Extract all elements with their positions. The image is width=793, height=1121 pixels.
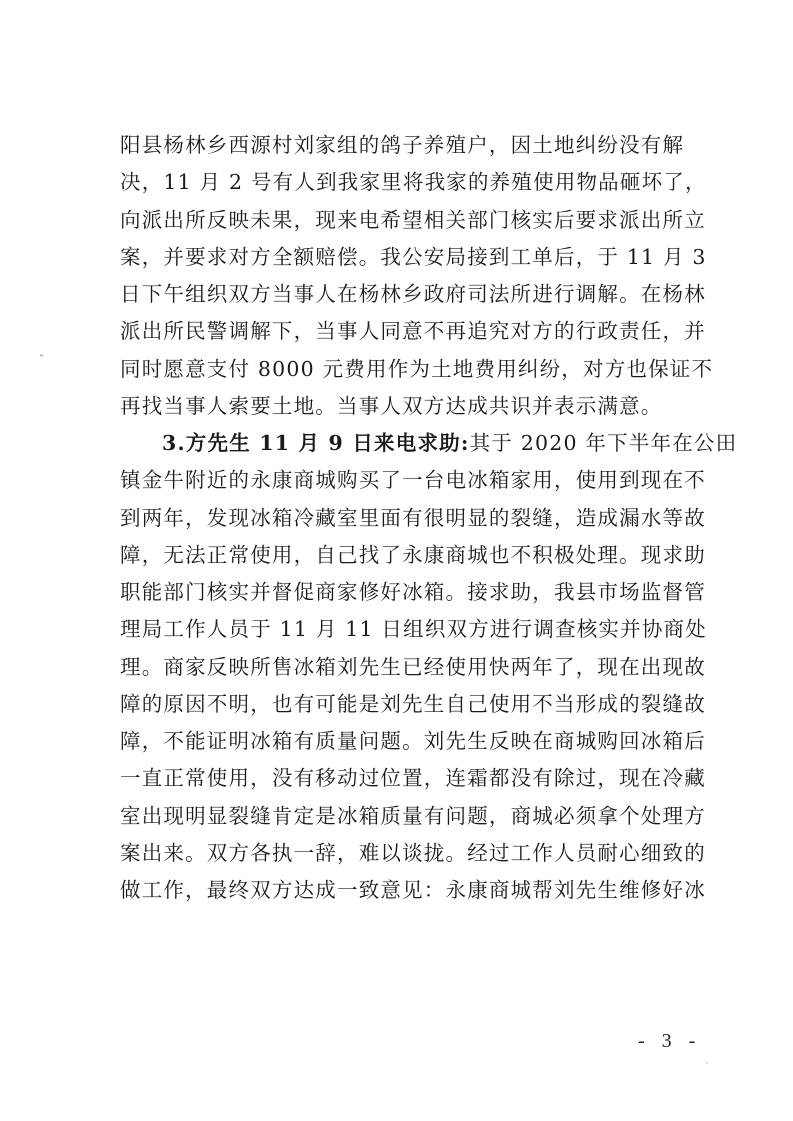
text-line: 一直正常使用，没有移动过位置，连霜都没有除过，现在冷藏 — [120, 760, 680, 797]
paragraph-3-first-line: 3.方先生 11 月 9 日来电求助:其于 2020 年下半年在公田 — [120, 425, 680, 462]
text-line: 理。商家反映所售冰箱刘先生已经使用快两年了，现在出现故 — [120, 649, 680, 686]
text-line: 案出来。双方各执一辞，难以谈拢。经过工作人员耐心细致的 — [120, 835, 680, 872]
document-page: 阳县杨林乡西源村刘家组的鸽子养殖户，因土地纠纷没有解 决，11 月 2 号有人到… — [0, 0, 793, 1121]
text-line: 到两年，发现冰箱冷藏室里面有很明显的裂缝，造成漏水等故 — [120, 500, 680, 537]
scan-artifact-dot — [40, 354, 43, 357]
text-line: 障，无法正常使用，自己找了永康商城也不积极处理。现求助 — [120, 537, 680, 574]
text-line: 再找当事人索要土地。当事人双方达成共识并表示满意。 — [120, 388, 680, 425]
paragraph-3-first-line-text: 其于 2020 年下半年在公田 — [470, 431, 738, 455]
text-line: 决，11 月 2 号有人到我家里将我家的养殖使用物品砸坏了， — [120, 164, 680, 201]
scan-artifact-dot — [706, 1062, 708, 1064]
text-line: 障的原因不明，也有可能是刘先生自己使用不当形成的裂缝故 — [120, 686, 680, 723]
text-line: 做工作，最终双方达成一致意见：永康商城帮刘先生维修好冰 — [120, 872, 680, 909]
paragraph-3: 3.方先生 11 月 9 日来电求助:其于 2020 年下半年在公田 镇金牛附近… — [120, 425, 680, 909]
paragraph-continued: 阳县杨林乡西源村刘家组的鸽子养殖户，因土地纠纷没有解 决，11 月 2 号有人到… — [120, 127, 680, 425]
text-line: 室出现明显裂缝肯定是冰箱质量有问题，商城必须拿个处理方 — [120, 798, 680, 835]
text-line: 日下午组织双方当事人在杨林乡政府司法所进行调解。在杨林 — [120, 276, 680, 313]
text-line: 派出所民警调解下，当事人同意不再追究对方的行政责任，并 — [120, 313, 680, 350]
text-line: 阳县杨林乡西源村刘家组的鸽子养殖户，因土地纠纷没有解 — [120, 127, 680, 164]
text-line: 障，不能证明冰箱有质量问题。刘先生反映在商城购回冰箱后 — [120, 723, 680, 760]
text-line: 理局工作人员于 11 月 11 日组织双方进行调查核实并协商处 — [120, 611, 680, 648]
text-line: 向派出所反映未果，现来电希望相关部门核实后要求派出所立 — [120, 202, 680, 239]
text-line: 职能部门核实并督促商家修好冰箱。接求助，我县市场监督管 — [120, 574, 680, 611]
text-line: 镇金牛附近的永康商城购买了一台电冰箱家用，使用到现在不 — [120, 462, 680, 499]
text-line: 同时愿意支付 8000 元费用作为土地费用纠纷，对方也保证不 — [120, 351, 680, 388]
text-line: 案，并要求对方全额赔偿。我公安局接到工单后，于 11 月 3 — [120, 239, 680, 276]
page-number: - 3 - — [638, 1030, 701, 1053]
paragraph-3-heading: 3.方先生 11 月 9 日来电求助: — [162, 431, 470, 455]
document-body: 阳县杨林乡西源村刘家组的鸽子养殖户，因土地纠纷没有解 决，11 月 2 号有人到… — [120, 127, 680, 909]
